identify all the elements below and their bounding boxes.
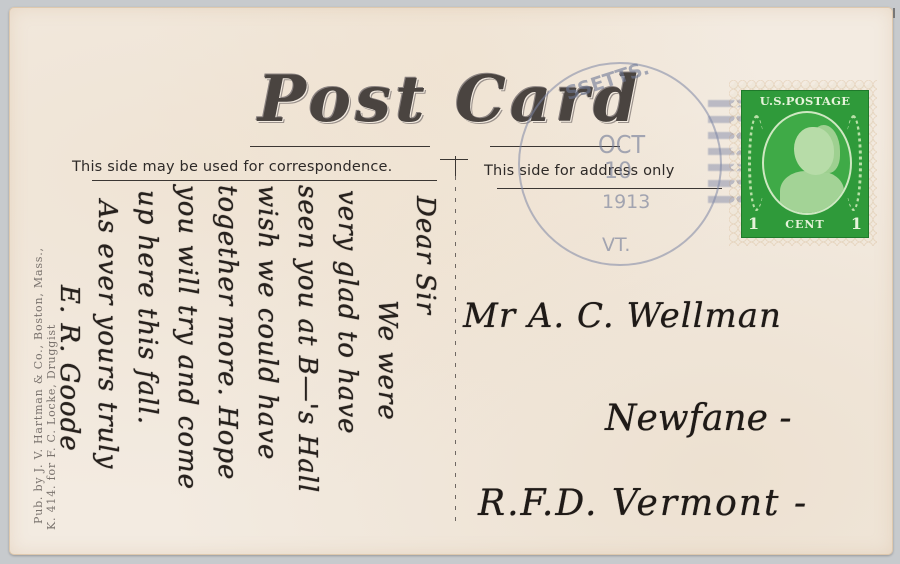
postmark-state: VT. xyxy=(602,234,630,256)
message-line: As ever yours truly xyxy=(92,200,122,469)
message-line: together more. Hope xyxy=(212,185,242,480)
scan-mark xyxy=(893,8,895,18)
correspondence-label: This side may be used for correspondence… xyxy=(72,159,392,175)
divider-cap xyxy=(440,159,468,160)
postmark-day: 10 xyxy=(604,159,632,184)
message-line: We were xyxy=(372,300,402,421)
title-underline-left xyxy=(250,146,430,147)
postmark-month: OCT xyxy=(598,130,645,159)
message-line: you will try and come xyxy=(172,185,202,490)
stamp-denomination: 1 CENT 1 xyxy=(742,214,868,233)
stamp-top-text: U.S.POSTAGE xyxy=(742,94,868,108)
message-line: Dear Sir xyxy=(410,196,440,315)
postmark-year: 1913 xyxy=(602,191,650,213)
postmark: SSETTS. OCT 10 1913 VT. xyxy=(518,62,722,266)
center-divider-dashed xyxy=(455,176,456,528)
publisher-line-1: Pub. by J. V. Hartman & Co., Boston, Mas… xyxy=(32,247,45,530)
washington-portrait-icon xyxy=(762,111,852,215)
stamp-denom-word: CENT xyxy=(785,218,824,233)
message-line: very glad to have xyxy=(332,190,362,435)
postmark-town-text: SSETTS. xyxy=(563,57,652,105)
message-line: wish we could have xyxy=(252,185,282,460)
correspondence-underline xyxy=(92,180,437,181)
address-line-3: R.F.D. Vermont - xyxy=(478,483,808,524)
stamp-denom-left: 1 xyxy=(748,214,759,233)
message-line: seen you at B—'s Hall xyxy=(292,185,322,493)
stamp-denom-right: 1 xyxy=(851,214,862,233)
message-line: E. R. Goode xyxy=(54,285,84,452)
address-line-1: Mr A. C. Wellman xyxy=(463,296,782,336)
center-divider xyxy=(455,156,456,176)
stamp-design: U.S.POSTAGE 1 CENT 1 xyxy=(741,90,869,238)
address-line-2: Newfane - xyxy=(605,398,792,439)
message-line: up here this fall. xyxy=(132,190,162,425)
